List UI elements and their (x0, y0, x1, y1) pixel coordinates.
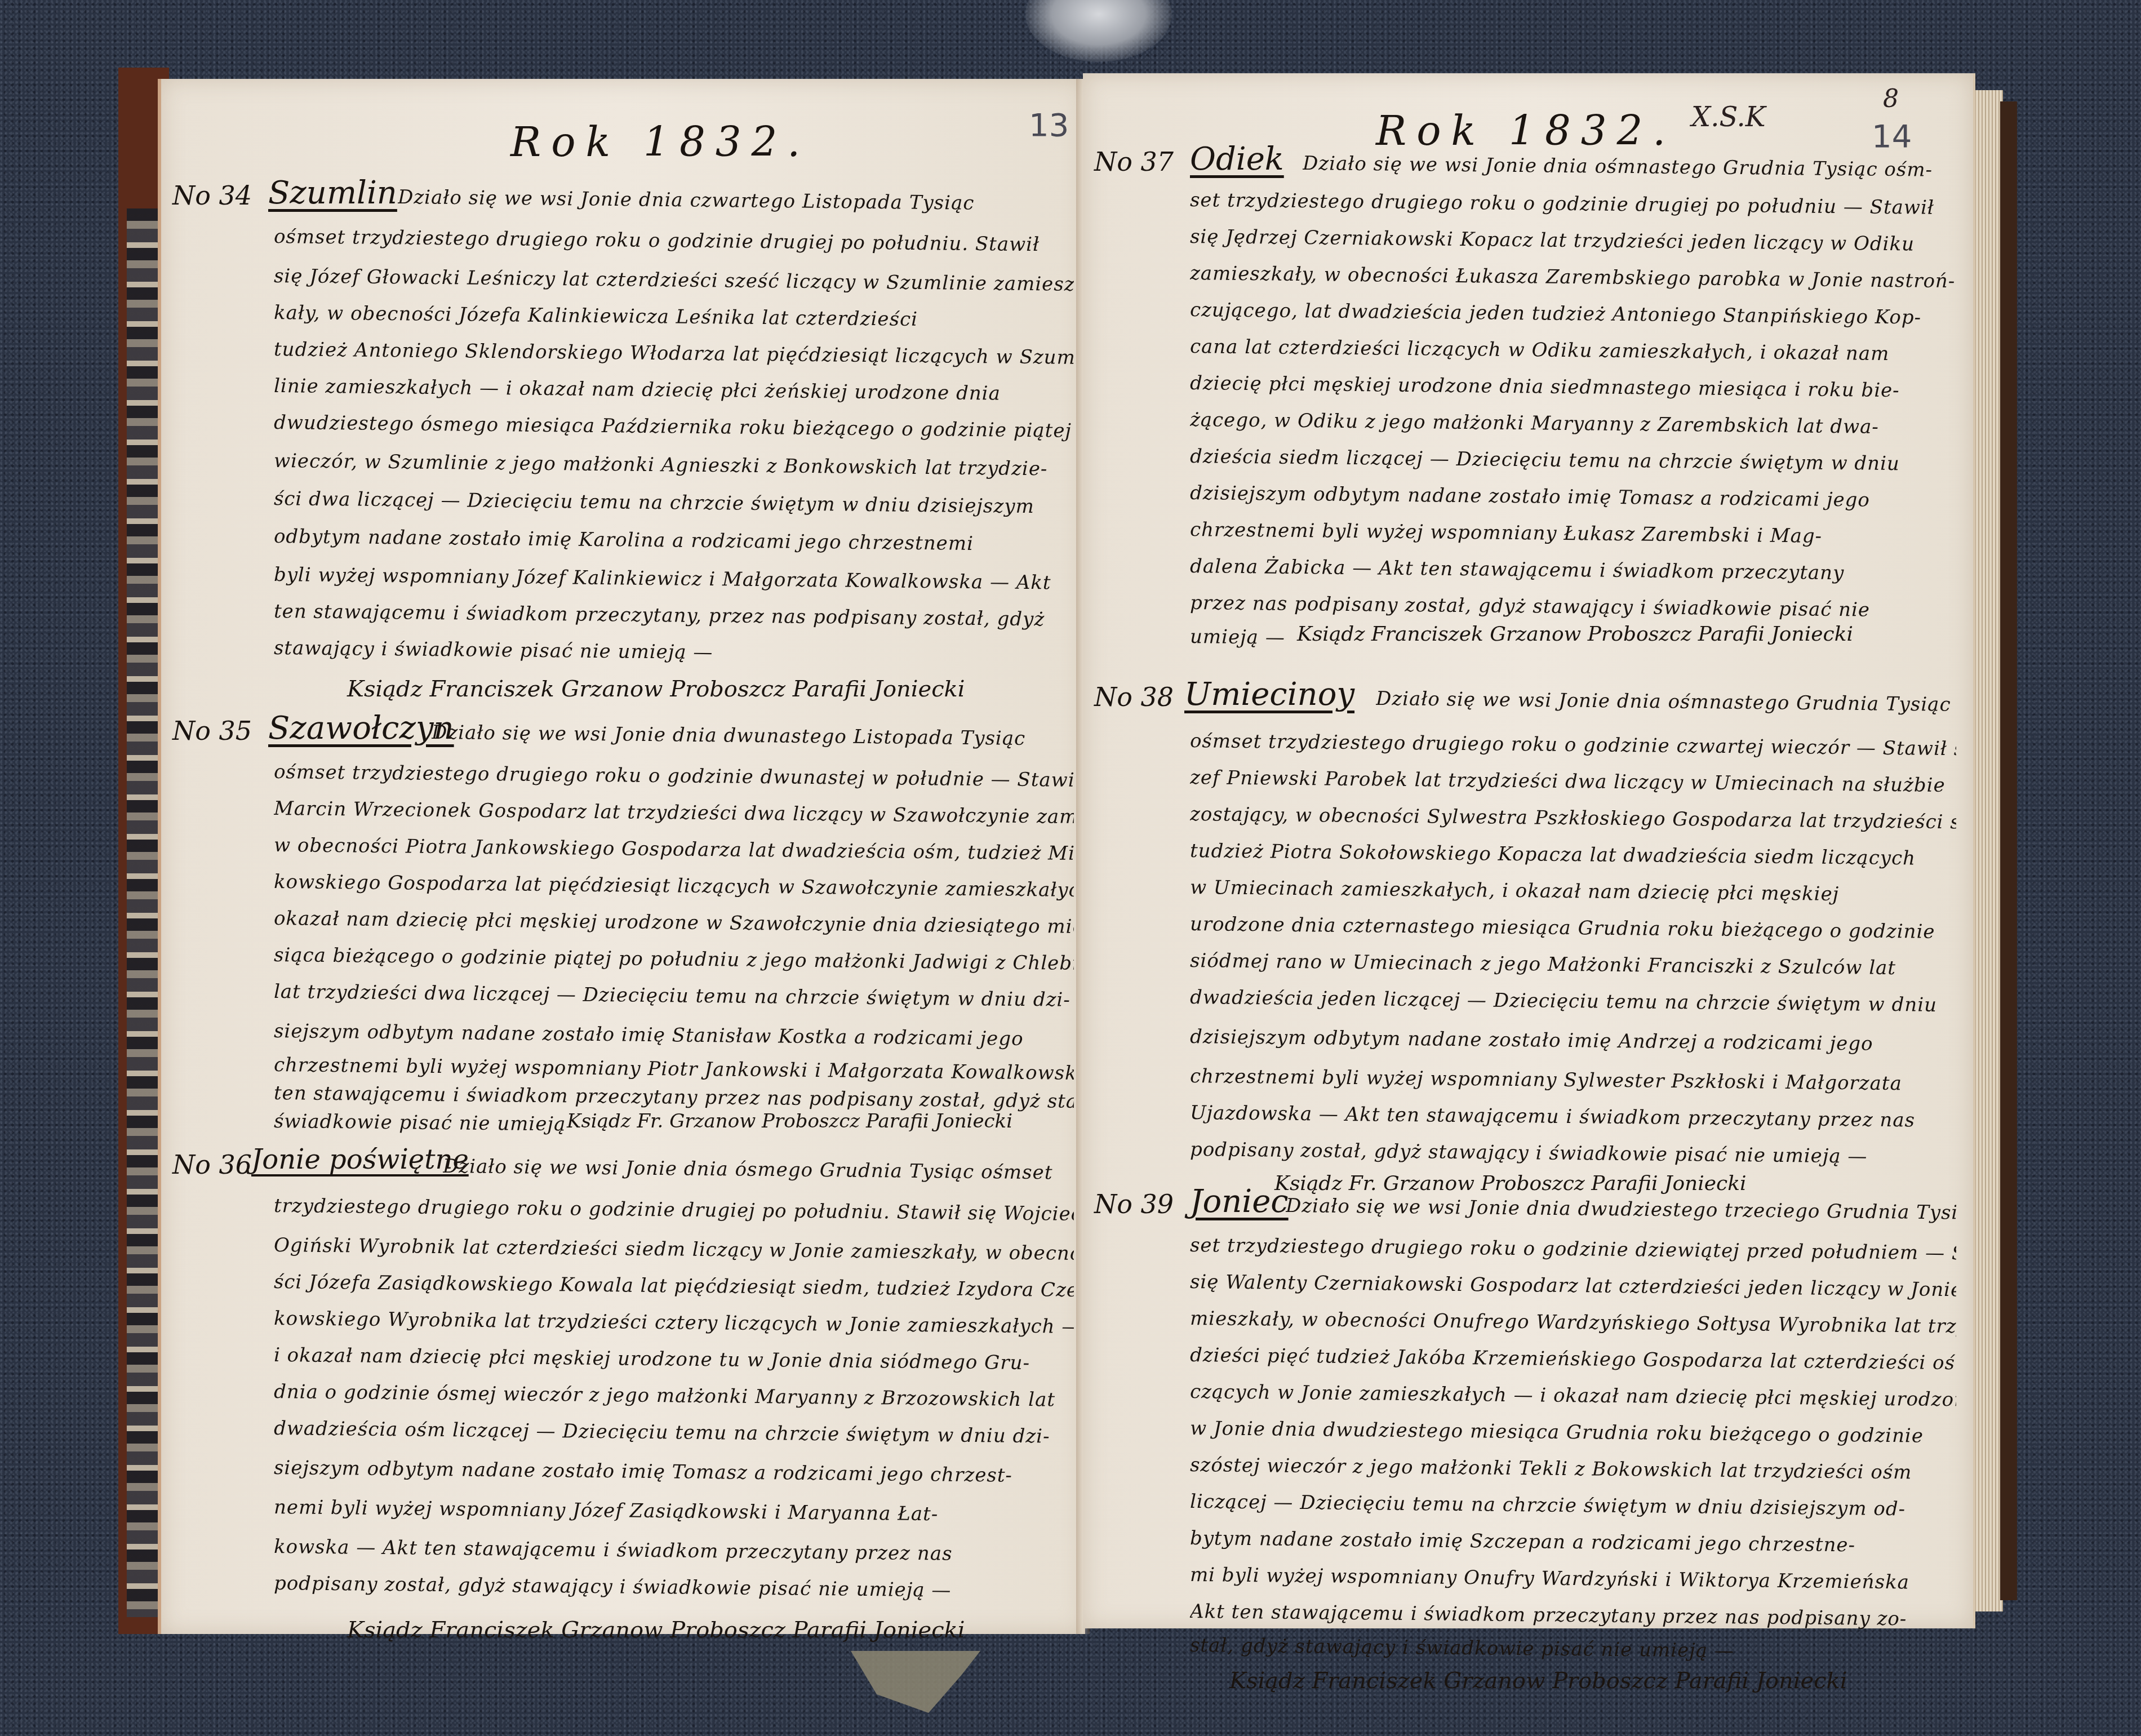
entry-line: tudzież Piotra Sokołowskiego Kopacza lat… (1190, 840, 1956, 870)
entry-line: ośmset trzydziestego drugiego roku o god… (274, 225, 1074, 256)
entry-line: trzydziestego drugiego roku o godzinie d… (274, 1195, 1074, 1226)
entry-place: Umiecinoy (1184, 676, 1354, 713)
priest-signature: Ksiądz Franciszek Grzanow Proboszcz Para… (1229, 1668, 1847, 1694)
entry-line: się Walenty Czerniakowski Gospodarz lat … (1190, 1271, 1956, 1301)
entry-line: czującego, lat dwadzieścia jeden tudzież… (1190, 299, 1956, 329)
entry-line: podpisany został, gdyż stawający i świad… (1190, 1138, 1956, 1169)
entry-line: ten stawającemu i świadkom przeczytany p… (274, 1082, 1074, 1113)
entry-line: siódmej rano w Umiecinach z jego Małżonk… (1190, 949, 1956, 980)
entry-line: siąca bieżącego o godzinie piątej po poł… (274, 944, 1074, 975)
entry-line: świadkowie pisać nie umieją (274, 1110, 612, 1136)
entry-line: ści Józefa Zasiądkowskiego Kowala lat pi… (274, 1271, 1074, 1302)
entry-place: Jonie poświętne (251, 1144, 469, 1175)
entry-line: linie zamieszkałych — i okazał nam dziec… (274, 375, 1074, 406)
entry-line: lat trzydzieści dwa liczącej — Dziecięci… (274, 980, 1074, 1011)
left-page: Rok 1832. 13 No 34 Szumlin Działo się we… (158, 79, 1085, 1634)
entry-number: No 35 (172, 716, 252, 746)
entry-line: siejszym odbytym nadane zostało imię Tom… (274, 1457, 1074, 1488)
out-of-focus-object (1025, 0, 1172, 62)
entry-place: Szumlin (268, 175, 397, 211)
entry-line: odbytym nadane zostało imię Karolina a r… (274, 525, 1074, 556)
entry-line: liczącej — Dziecięciu temu na chrzcie św… (1190, 1490, 1956, 1521)
entry-line: chrzestnemi byli wyżej wspomniany Sylwes… (1190, 1065, 1956, 1095)
entry-line: siejszym odbytym nadane zostało imię Sta… (274, 1020, 1074, 1051)
entry-line: Działo się we wsi Jonie dnia dwudziesteg… (1286, 1195, 1956, 1224)
open-register-book: Rok 1832. 13 No 34 Szumlin Działo się we… (118, 68, 2023, 1645)
entry-line: Działo się we wsi Jonie dnia ośmnastego … (1303, 152, 1956, 181)
entry-line: byli wyżej wspomniany Józef Kalinkiewicz… (274, 563, 1074, 594)
entry-place: Joniec (1190, 1183, 1289, 1220)
entry-line: wieczór, w Szumlinie z jego małżonki Agn… (274, 450, 1074, 481)
entry-line: w Jonie dnia dwudziestego miesiąca Grudn… (1190, 1417, 1956, 1448)
entry-number: No 39 (1094, 1189, 1174, 1219)
entry-line: i okazał nam dziecię płci męskiej urodzo… (274, 1344, 1074, 1375)
entry-line: set trzydziestego drugiego roku o godzin… (1190, 189, 1956, 219)
entry-line: Ogiński Wyrobnik lat czterdzieści siedm … (274, 1234, 1074, 1265)
entry-line: w Umiecinach zamieszkałych, i okazał nam… (1190, 876, 1956, 907)
entry-line: czących w Jonie zamieszkałych — i okazał… (1190, 1380, 1956, 1411)
entry-line: dwadzieścia ośm liczącej — Dziecięciu te… (274, 1417, 1074, 1448)
entry-line: ośmset trzydziestego drugiego roku o god… (1190, 730, 1956, 760)
entry-line: zef Pniewski Parobek lat trzydzieści dwa… (1190, 766, 1956, 797)
entry-line: dzisiejszym odbytym nadane zostało imię … (1190, 1025, 1956, 1056)
entry-line: przez nas podpisany został, gdyż stawają… (1190, 592, 1956, 622)
entry-line: ści dwa liczącej — Dziecięciu temu na ch… (274, 487, 1074, 518)
entry-line: Akt ten stawającemu i świadkom przeczyta… (1190, 1600, 1956, 1631)
entry-line: dwudziestego ósmego miesiąca Październik… (274, 411, 1074, 442)
entry-line: tudzież Antoniego Sklendorskiego Włodarz… (274, 338, 1074, 369)
entry-line: Działo się we wsi Jonie dnia dwunastego … (432, 721, 1074, 751)
entry-line: dnia o godzinie ósmej wieczór z jego mał… (274, 1380, 1074, 1411)
folio-ink-annotation: X.S.K (1691, 101, 1766, 133)
right-page: Rok 1832. X.S.K 8 14 No 37 Odiek Działo … (1083, 73, 1975, 1628)
entry-line: zostający, w obecności Sylwestra Pszkłos… (1190, 803, 1956, 833)
entry-line: kowskiego Wyrobnika lat trzydzieści czte… (274, 1307, 1074, 1338)
entry-number: No 34 (172, 180, 252, 211)
entry-line: się Józef Głowacki Leśniczy lat czterdzi… (274, 265, 1074, 296)
entry-line: kowska — Akt ten stawającemu i świadkom … (274, 1535, 1074, 1566)
entry-line: ośmset trzydziestego drugiego roku o god… (274, 761, 1074, 792)
priest-signature: Ksiądz Franciszek Grzanow Proboszcz Para… (347, 676, 965, 702)
folio-number: 14 (1872, 118, 1912, 155)
priest-signature: Ksiądz Fr. Grzanow Proboszcz Parafii Jon… (567, 1110, 1012, 1133)
entry-line: dalena Żabicka — Akt ten stawającemu i ś… (1190, 555, 1956, 585)
entry-number: No 38 (1094, 682, 1174, 712)
torn-paper-flap (851, 1651, 980, 1713)
entry-line: bytym nadane zostało imię Szczepan a rod… (1190, 1527, 1956, 1557)
entry-place: Odiek (1190, 141, 1284, 177)
entry-line: zamieszkały, w obecności Łukasza Zarembs… (1190, 262, 1956, 292)
entry-line: set trzydziestego drugiego roku o godzin… (1190, 1234, 1956, 1264)
entry-line: stał, gdyż stawający i świadkowie pisać … (1190, 1634, 1956, 1664)
year-heading: Rok 1832. (1376, 107, 1676, 154)
entry-line: podpisany został, gdyż stawający i świad… (274, 1572, 1074, 1603)
entry-line: urodzone dnia czternastego miesiąca Grud… (1190, 913, 1956, 943)
entry-line: cana lat czterdzieści liczących w Odiku … (1190, 335, 1956, 366)
entry-line: Marcin Wrzecionek Gospodarz lat trzydzie… (274, 797, 1074, 828)
entry-line: dzieścia siedm liczącej — Dziecięciu tem… (1190, 445, 1956, 476)
entry-line: ten stawającemu i świadkom przeczytany, … (274, 600, 1074, 631)
entry-line: chrzestnemi byli wyżej wspomniany Piotr … (274, 1054, 1074, 1085)
book-cover-right (2000, 101, 2017, 1600)
entry-line: dzieści pięć tudzież Jakóba Krzemieńskie… (1190, 1344, 1956, 1374)
entry-line: okazał nam dziecię płci męskiej urodzone… (274, 907, 1074, 938)
entry-line: kowskiego Gospodarza lat pięćdziesiąt li… (274, 871, 1074, 902)
priest-signature: Ksiądz Franciszek Grzanow Proboszcz Para… (1297, 623, 1853, 646)
entry-line: stawający i świadkowie pisać nie umieją … (274, 637, 1074, 668)
priest-signature: Ksiądz Fr. Grzanow Proboszcz Parafii Jon… (1274, 1172, 1747, 1195)
entry-line: nemi byli wyżej wspomniany Józef Zasiądk… (274, 1496, 1074, 1527)
entry-line: dwadzieścia jeden liczącej — Dziecięciu … (1190, 986, 1956, 1016)
entry-number: No 37 (1094, 146, 1174, 177)
entry-line: kały, w obecności Józefa Kalinkiewicza L… (274, 301, 1074, 332)
entry-line: żącego, w Odiku z jego małżonki Maryanny… (1190, 409, 1956, 439)
entry-line: dzisiejszym odbytym nadane zostało imię … (1190, 482, 1956, 512)
entry-line: umieją — (1190, 625, 1291, 649)
entry-line: mi byli wyżej wspomniany Onufry Wardzyńs… (1190, 1564, 1956, 1594)
folio-ink-mark: 8 (1883, 85, 1899, 113)
entry-line: Działo się we wsi Jonie dnia ośmnastego … (1376, 687, 1956, 716)
year-heading: Rok 1832. (510, 118, 810, 166)
entry-line: się Jędrzej Czerniakowski Kopacz lat trz… (1190, 225, 1956, 256)
entry-line: w obecności Piotra Jankowskiego Gospodar… (274, 834, 1074, 865)
entry-line: Ujazdowska — Akt ten stawającemu i świad… (1190, 1102, 1956, 1132)
entry-line: Działo się we wsi Jonie dnia ósmego Grud… (443, 1155, 1074, 1184)
entry-number: No 36 (172, 1149, 252, 1180)
entry-line: chrzestnemi byli wyżej wspomniany Łukasz… (1190, 518, 1956, 549)
entry-line: mieszkały, w obecności Onufrego Wardzyńs… (1190, 1307, 1956, 1338)
entry-line: szóstej wieczór z jego małżonki Tekli z … (1190, 1454, 1956, 1484)
entry-place: Szawołczyn (268, 710, 454, 747)
priest-signature: Ksiądz Franciszek Grzanow Proboszcz Para… (347, 1617, 965, 1643)
folio-number: 13 (1029, 107, 1069, 144)
entry-line: dziecię płci męskiej urodzone dnia siedm… (1190, 372, 1956, 402)
entry-line: Działo się we wsi Jonie dnia czwartego L… (398, 186, 1074, 216)
